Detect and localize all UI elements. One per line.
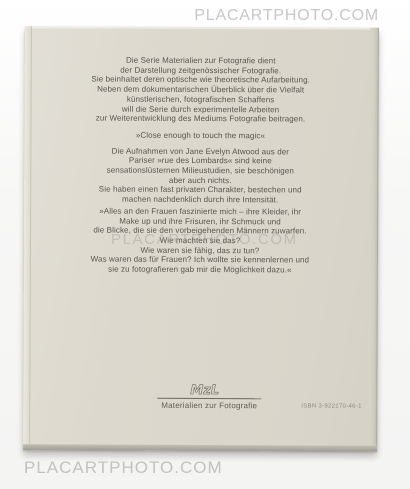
publisher-block: MzL Materialien zur Fotografie [149, 382, 269, 411]
watermark-top: PLACARTPHOTO.COM [194, 7, 379, 25]
book-bottom-edge [23, 444, 377, 452]
isbn-text: ISBN 3-922170-46-1 [301, 403, 361, 409]
logo-divider [157, 398, 261, 399]
artist-quote-line: sie zu fotografieren gab mir die Möglich… [30, 264, 370, 275]
watermark-bottom: PLACARTPHOTO.COM [24, 458, 223, 478]
product-photo: PLACARTPHOTO.COM Die Serie Materialien z… [0, 0, 410, 489]
watermark-middle: PLACARTPHOTO.COM [111, 231, 298, 248]
publisher-logo-icon: MzL [186, 382, 232, 397]
publisher-name: Materialien zur Fotografie [149, 401, 269, 411]
quote-title: »Close enough to touch the magic« [30, 130, 370, 141]
series-intro-line: zur Weiterentwicklung des Mediums Fotogr… [31, 113, 371, 124]
description-line: machen nachdenklich durch ihre Intensitä… [30, 194, 370, 205]
svg-text:MzL: MzL [190, 383, 219, 397]
